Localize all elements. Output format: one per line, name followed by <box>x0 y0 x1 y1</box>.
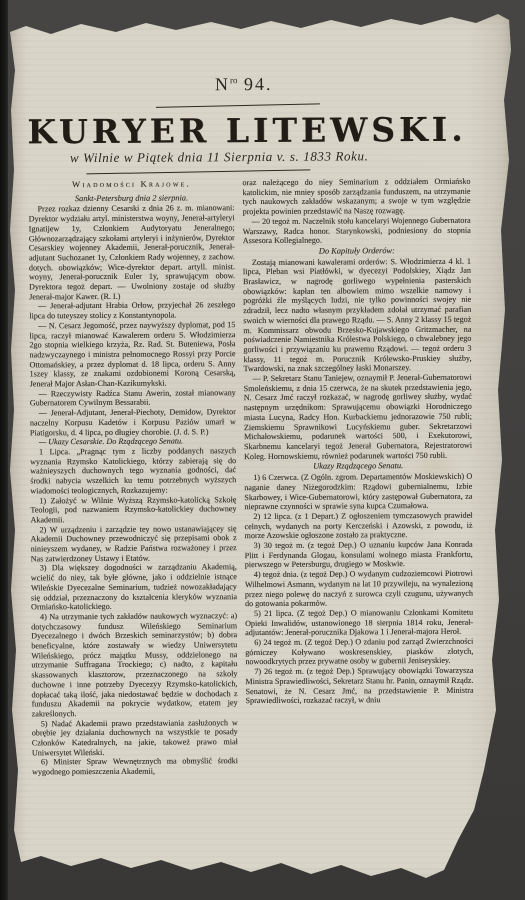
right-column: oraz należącego do niey Seminarium z odd… <box>242 177 474 830</box>
news-paragraph: 4) tegoż dnia. (z tegoż Dep.) O wydanym … <box>245 569 473 609</box>
news-paragraph: 2) W urządzeniu i zarządzie tey nowo ust… <box>30 524 236 564</box>
issue-number-superscript: ro <box>230 75 238 85</box>
news-paragraph: 1) 6 Czerwca. (Z Ogóln. zgrom. Departame… <box>244 472 472 512</box>
masthead-rule-bottom <box>86 169 310 174</box>
news-paragraph: 6) Minister Spraw Wewnętrznych ma obmyśl… <box>32 757 238 778</box>
masthead-rule-top <box>156 103 320 108</box>
news-paragraph: 6) 24 tegoż m. (Z tegoż Dep.) O zdaniu p… <box>245 637 473 668</box>
news-paragraph: — 20 tegoż m. Naczelnik stołu kancelaryi… <box>243 216 471 247</box>
news-paragraph: — Rzeczywisty Radźca Stanu Awerin, zosta… <box>30 388 236 409</box>
column-heading: Ukazy Rządzącego Senatu. <box>244 461 472 472</box>
newspaper-page: Nro 94. KURYER LITEWSKI. w Wilnie w Piąt… <box>6 10 518 888</box>
news-paragraph: 7) 26 tegoż m. (z tegoż Dep.) Sprawujący… <box>245 666 473 706</box>
news-paragraph: 5) Nadać Akademii prawo przedstawiania z… <box>32 718 238 758</box>
newspaper-title: KURYER LITEWSKI. <box>4 110 490 152</box>
news-paragraph: Zostają mianowani kawalerami orderów: S.… <box>243 256 472 374</box>
news-paragraph: 3) 30 tegoż m. (z tegoż Dep.) O uznaniu … <box>245 540 473 571</box>
news-paragraph: — Jenerał-Adjutant, Jenerał-Piechoty, De… <box>30 407 236 437</box>
page-content: Nro 94. KURYER LITEWSKI. w Wilnie w Piąt… <box>3 8 520 889</box>
news-paragraph: 1 Lipca. „Pragnąc tym z liczby poddanych… <box>30 446 236 496</box>
scan-background: { "masthead": { "issue_prefix": "N", "is… <box>0 0 525 900</box>
article-columns: Wiadomości Krajowe.Sankt-Petersburg dnia… <box>28 177 474 832</box>
scanner-edge-strip <box>0 0 8 900</box>
news-paragraph: — P. Sekretarz Stanu Taniejew, oznaymił … <box>244 373 473 462</box>
news-paragraph: 5) 21 lipca. (Z tegoż Dep.) O mianowaniu… <box>245 608 473 639</box>
news-paragraph: 4) Na utrzymanie tych zakładów naukowych… <box>31 611 238 719</box>
column-heading: Wiadomości Krajowe. <box>28 179 234 190</box>
column-heading: Do Kapituły Orderów: <box>243 246 471 257</box>
left-column: Wiadomości Krajowe.Sankt-Petersburg dnia… <box>28 178 238 817</box>
dateline: w Wilnie w Piątek dnia 11 Sierpnia v. s.… <box>4 148 434 167</box>
news-paragraph: oraz należącego do niey Seminarium z odd… <box>242 177 470 217</box>
news-paragraph: 1) Założyć w Wilnie Wyższą Rzymsko-katol… <box>30 495 236 525</box>
news-paragraph: — N. Cesarz Jegomość, przez naywyższy dy… <box>29 320 235 389</box>
issue-number-value: 94. <box>237 74 272 94</box>
column-heading: Sankt-Petersburg dnia 2 sierpnia. <box>28 193 234 204</box>
news-paragraph: 2) 12 lipca. (z 1 Depart.) Z ogłoszeniem… <box>244 511 472 542</box>
news-paragraph: — Jenerał-adjutant Hrabia Orłow, przyjec… <box>29 301 235 322</box>
news-paragraph: Przez rozkaz dzienny Cesarski z dnia 26 … <box>29 204 236 302</box>
issue-number-prefix: N <box>215 74 230 94</box>
news-paragraph: 3) Dla większey dogodności w zarządzaniu… <box>31 563 237 613</box>
issue-number: Nro 94. <box>4 73 484 97</box>
